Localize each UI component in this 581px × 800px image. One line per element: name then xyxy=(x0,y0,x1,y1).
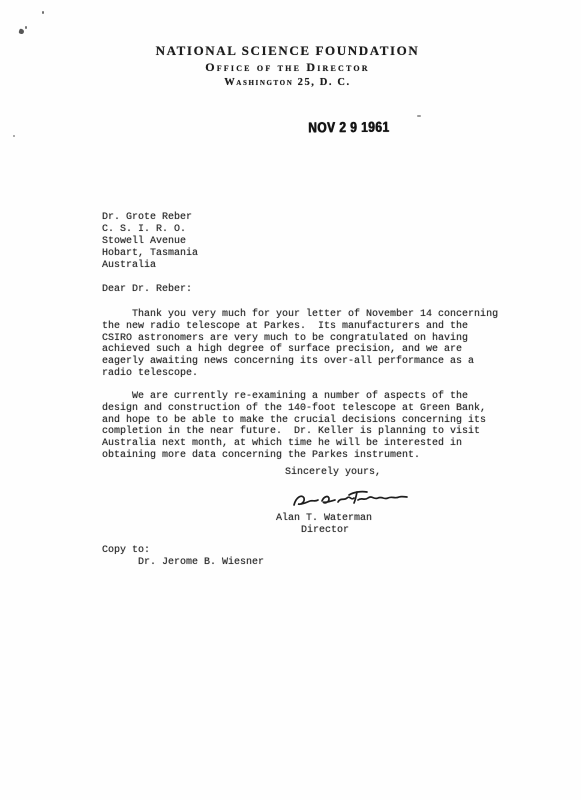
valediction: Sincerely yours, xyxy=(285,467,381,479)
letterhead-org-name: NATIONAL SCIENCE FOUNDATION xyxy=(0,43,575,59)
scan-speck xyxy=(417,115,421,117)
body-paragraph-2: We are currently re-examining a number o… xyxy=(102,391,486,462)
salutation: Dear Dr. Reber: xyxy=(102,284,192,296)
letterhead-city: Washington 25, D. C. xyxy=(0,77,575,88)
body-paragraph-1: Thank you very much for your letter of N… xyxy=(102,309,498,380)
copy-to-name: Dr. Jerome B. Wiesner xyxy=(138,557,264,569)
scanned-letter-page: NATIONAL SCIENCE FOUNDATION Office of th… xyxy=(0,0,581,800)
copy-to-label: Copy to: xyxy=(102,545,150,557)
recipient-address-block: Dr. Grote Reber C. S. I. R. O. Stowell A… xyxy=(102,212,198,272)
letterhead-office: Office of the Director xyxy=(0,60,575,75)
signer-title: Director xyxy=(301,525,349,537)
scan-speck xyxy=(42,11,44,14)
date-received-stamp: NOV 2 9 1961 xyxy=(308,118,389,135)
scan-speck xyxy=(13,135,15,137)
handwritten-signature xyxy=(291,488,411,514)
signer-typed-name: Alan T. Waterman xyxy=(276,513,372,525)
scan-speck xyxy=(18,28,24,34)
scan-speck xyxy=(25,26,27,29)
